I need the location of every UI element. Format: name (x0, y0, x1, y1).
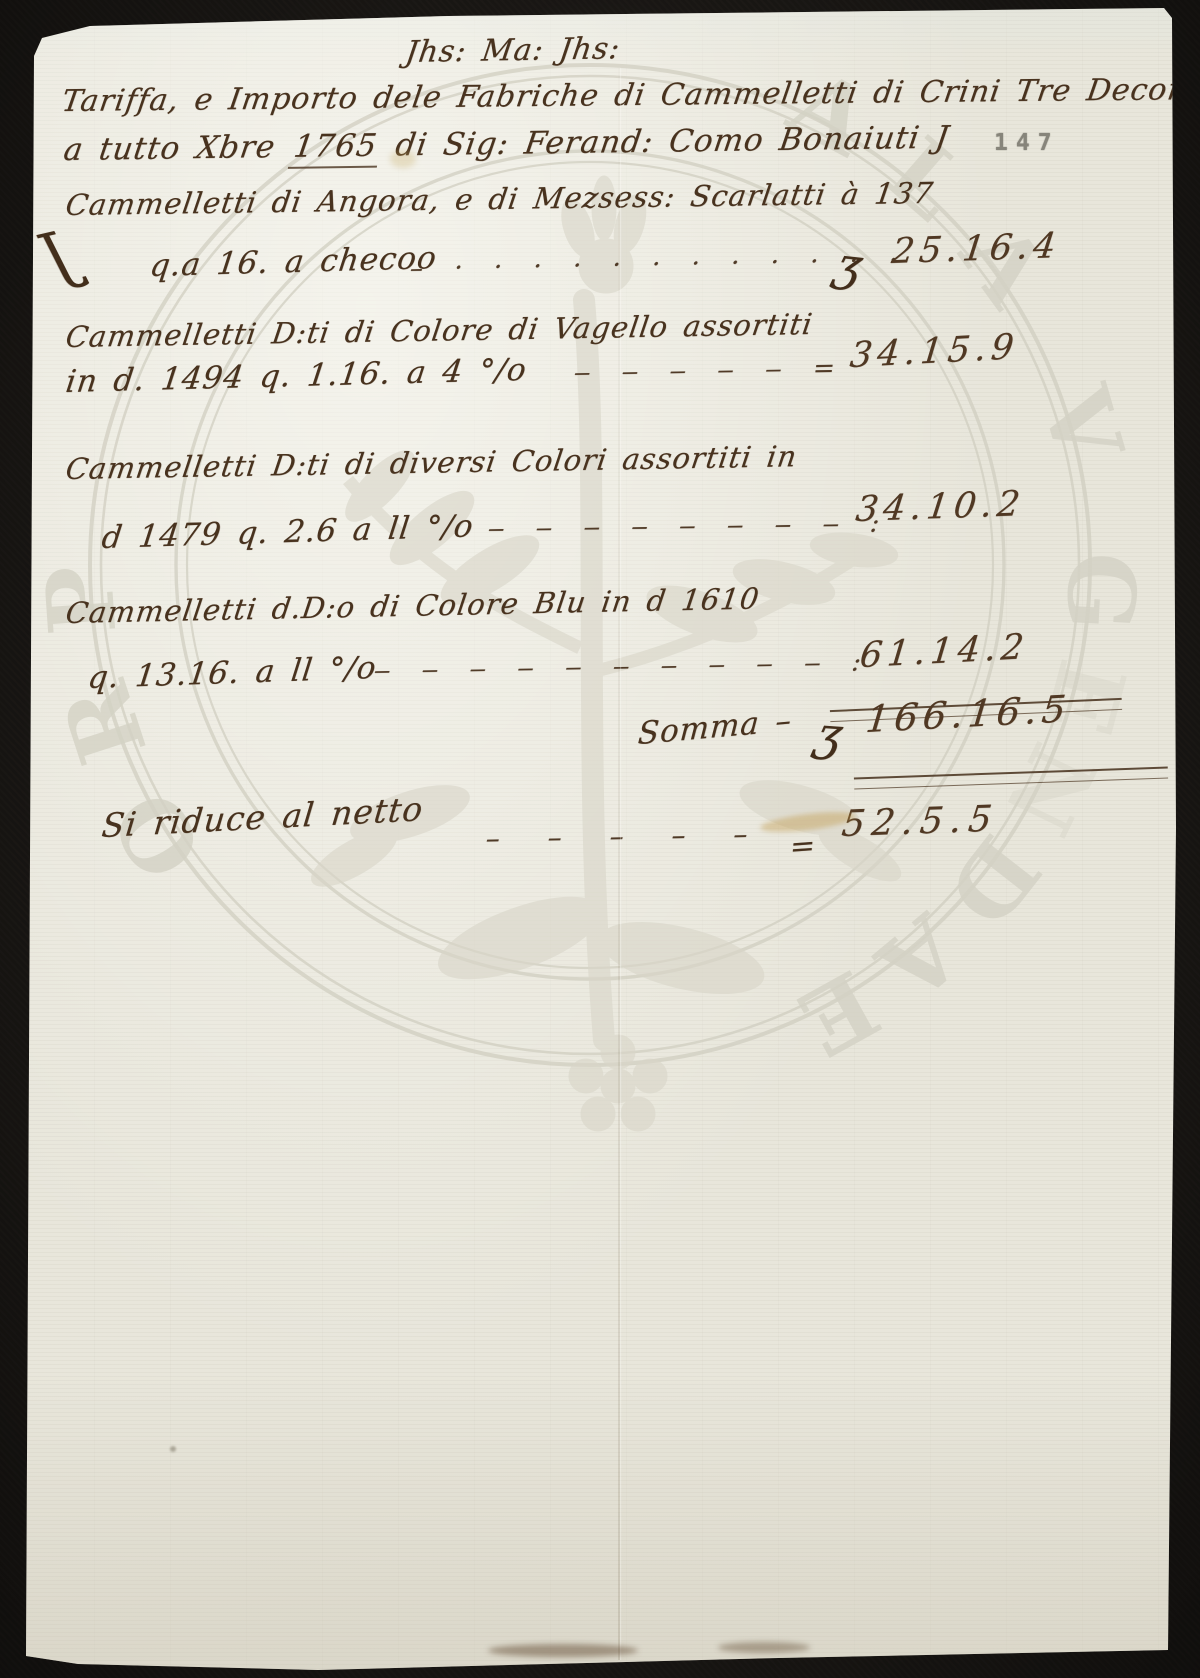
entry-description-line1: Cammelletti di Angora, e di Mezsess: Sca… (64, 176, 936, 222)
dotted-leader: ‒ ‒ ‒ ‒ ‒ = (572, 353, 846, 388)
entry-amount: 61.14.2 (858, 627, 1031, 676)
invocation-heading: Jhs: Ma: Jhs: (346, 30, 681, 71)
dotted-leader: ‒ ‒ ‒ ‒ ‒ ‒ ‒ ‒ : (486, 508, 891, 544)
reduction-label: Si riduce al netto (100, 789, 425, 845)
entry-description-line2: q.a 16. a checoo (148, 240, 439, 284)
title-line-1: Tariffa, e Importo dele Fabriche di Camm… (59, 72, 1200, 119)
svg-text:N: N (983, 728, 1117, 851)
entry-description-line2: d 1479 q. 2.6 a ll °/o (100, 508, 476, 556)
title-line-2: a tutto Xbre 1765 di Sig: Ferand: Como B… (61, 120, 951, 168)
reduction-amount: 52.5.5 (839, 798, 1000, 845)
page-number-stamp: 147 (994, 130, 1060, 156)
title-line-2-suffix: di Sig: Ferand: Como Bonaiuti J (377, 120, 951, 164)
entry-amount: 34.10.2 (854, 484, 1027, 530)
somma-currency-sign: ʒ (810, 706, 849, 761)
entry-description-line1: Cammelletti D:ti di Colore di Vagello as… (64, 307, 816, 354)
reduction-equals-sign: = (788, 828, 817, 865)
svg-text:A: A (856, 893, 982, 1023)
somma-label: Somma – (637, 702, 793, 752)
svg-text:G: G (1045, 550, 1157, 634)
svg-text:A: A (772, 48, 888, 178)
svg-text:E: E (782, 949, 896, 1077)
paper-edge-stain (488, 1644, 638, 1657)
ink-speck (170, 1446, 176, 1452)
photograph-background: PROALAVGENDAE 147 Jhs: Ma: Jhs: Tariffa,… (0, 0, 1200, 1678)
entry-amount: 25.16.4 (890, 226, 1063, 272)
manuscript-page: PROALAVGENDAE 147 Jhs: Ma: Jhs: Tariffa,… (18, 8, 1178, 1670)
paper-edge-stain (718, 1642, 810, 1653)
fold-crease (618, 68, 620, 1660)
entry-amount: 34.15.9 (848, 327, 1021, 376)
somma-amount: 166.16.5 (864, 687, 1073, 741)
entry-flourish: J (35, 218, 81, 295)
reduction-dash-leader: – – – – – (484, 817, 767, 855)
title-line-2-prefix: a tutto Xbre (61, 129, 293, 168)
dotted-leader: ‒ ‒ ‒ ‒ ‒ ‒ ‒ ‒ ‒ ‒ : (372, 647, 872, 686)
entry-description-line1: Cammelletti D:ti di diversi Colori assor… (64, 439, 800, 486)
entry-description-line1: Cammelletti d.D:o di Colore Blu in d 161… (64, 581, 762, 630)
svg-text:V: V (1020, 374, 1144, 475)
entry-description-line2: q. 13.16. a ll °/o (86, 650, 379, 696)
entry-description-line2: in d. 1494 q. 1.16. a 4 °/o (64, 352, 529, 400)
double-rule-under-somma (854, 767, 1168, 790)
year-underlined: 1765 (288, 128, 383, 169)
